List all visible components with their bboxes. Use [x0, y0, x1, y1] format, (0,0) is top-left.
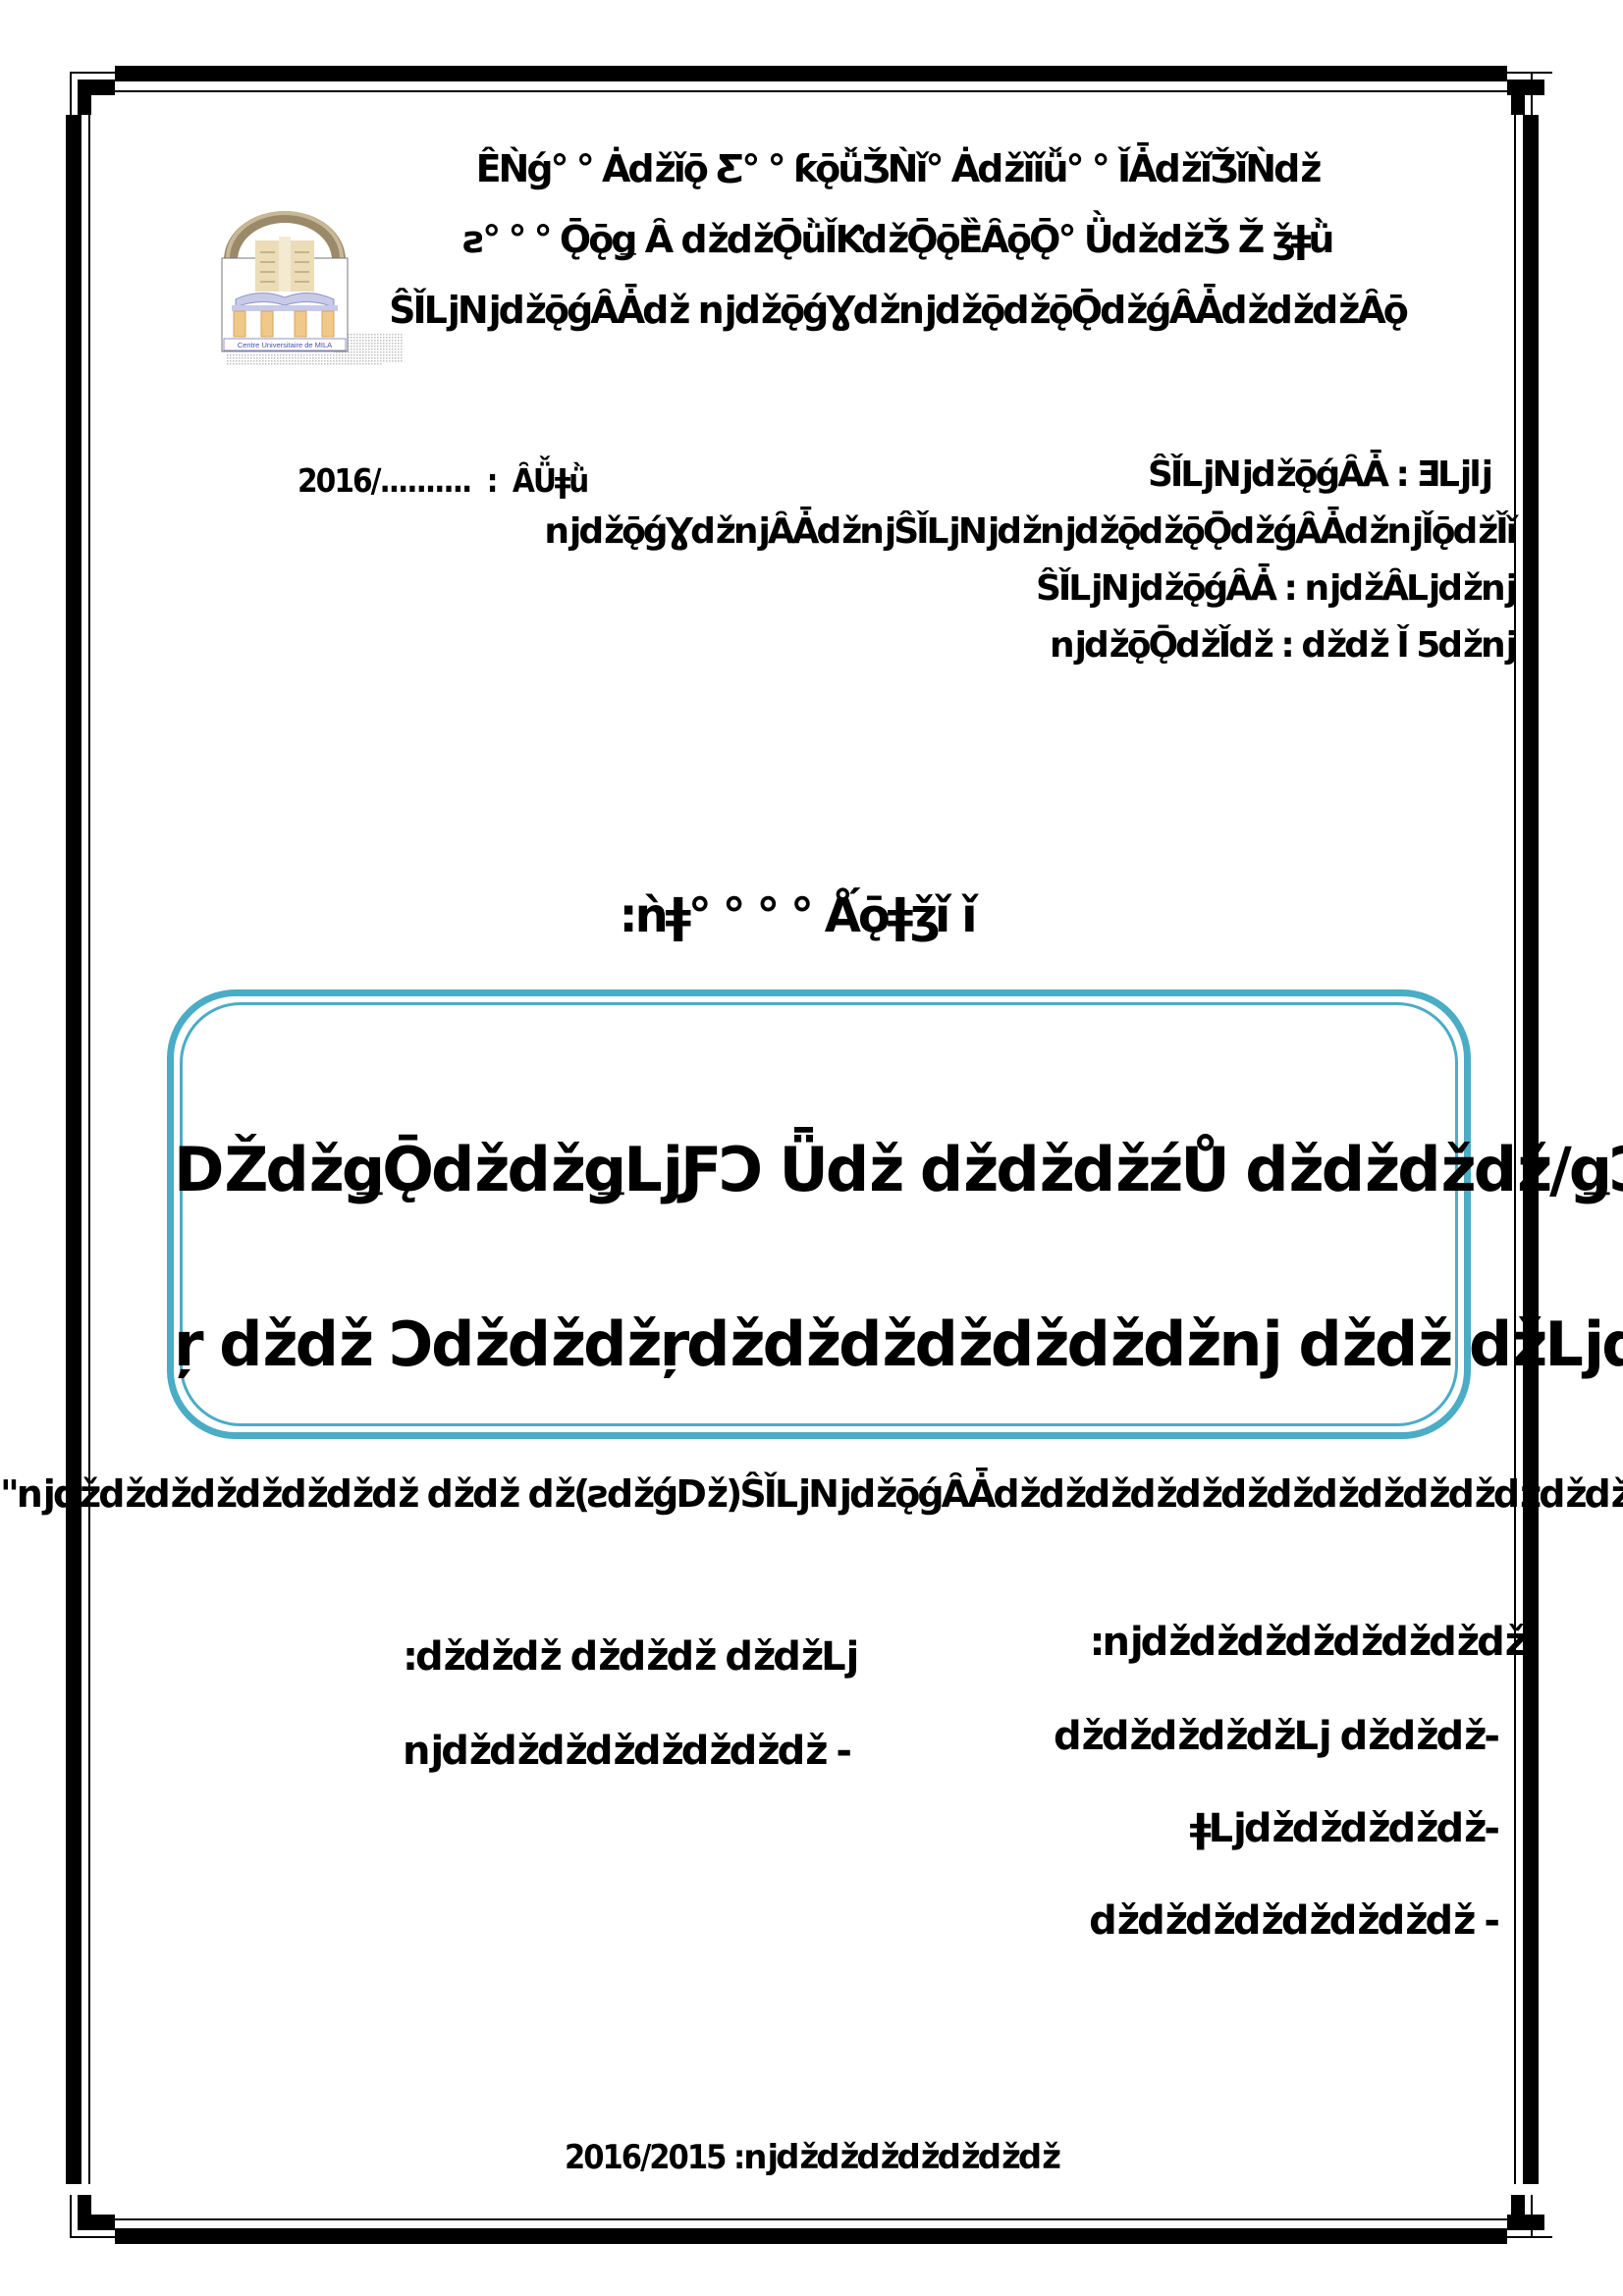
branch-line: ǌǆǭǵƔǆǌȂǠǆǌŜǏǈǋǆǌǆǭǆǭǬǆǵȂǠǆǌǏǭǆǏǐ: [544, 504, 1515, 561]
corner-br-b: [1511, 2195, 1525, 2230]
border-left-thin: [88, 115, 90, 2184]
memoir-title-label: :ǹǂ° ° ° ° Ǻǭǂǯǐ ǐ: [0, 888, 1623, 943]
border-top-thick: [115, 66, 1507, 81]
students-heading: :ǌǆǆǆǆǆǆǆǆ: [1054, 1620, 1525, 1665]
corner-tr-c: [1507, 72, 1552, 74]
students-block: :ǌǆǆǆǆǆǆǆǆ ǆǆǆǆǆǈ ǆǆǆ- ǂǈǆǆǆǆǆ- ǆǆǆǆǆǆǆǆ…: [1054, 1620, 1525, 1944]
supervisor-heading: :ǆǆǆ ǆǆǆ ǆǆǈ: [403, 1634, 697, 1680]
academic-year-label: ǌǆǆǆǆǆǆǆ: [743, 2138, 1058, 2177]
thesis-title-line-2: ŗ ǆǆ Ɔǆǆǆŗǆǆǆǆǆǆǆǌ ǆǆ ǆǈǆǆ: [174, 1308, 1464, 1380]
department-info: ŜǏǈǋǆǭǵȂǠ : Ǝǈǉ ǌǆǭǵƔǆǌȂǠǆǌŜǏǈǋǆǌǆǭǆǭǬǆǵ…: [544, 447, 1515, 674]
student-name-1: ǆǆǆǆǆǈ ǆǆǆ-: [1054, 1714, 1497, 1759]
reference-separator: :: [487, 461, 497, 500]
corner-tl-d: [70, 72, 72, 115]
title-frame: ǄǆǥǬǆǆǥǈƑƆ Ǖǆ ǆǆǆźŮ ǆǆǆǆ/ǥƆǆǆǆ ŗ ǆǆ Ɔǆǆǆ…: [167, 989, 1471, 1439]
border-bottom-thin: [115, 2218, 1507, 2220]
department-line: ŜǏǈǋǆǭǵȂǠ : Ǝǈǉ: [544, 447, 1490, 504]
corner-br-d: [1531, 2195, 1533, 2238]
track-line: ǌǆǭǬǆǏǆ : ǆǆ Ǐ 5ǆǌ: [544, 617, 1515, 674]
header-line-university: ƨ° ° ° Ǭǭǥ Ȃ ǆǆǬǜǏƘǆǬǭȄȂǭǬ° ǛǆǆǮ Ž ǯǂǜ: [0, 218, 1623, 261]
supervisor-block: :ǆǆǆ ǆǆǆ ǆǆǈ ǌǆǆǆǆǆǆǆǆ -: [403, 1634, 697, 1774]
student-name-2: ǂǈǆǆǆǆǆ-: [1054, 1806, 1497, 1851]
header-line-institute: ŜǏǈǋǆǭǵȂǠǆ ǌǆǭǵƔǆǌǆǭǆǭǬǆǵȂǠǆǆǆȂǭ: [0, 289, 1623, 332]
corner-bl-d: [70, 2195, 72, 2238]
academic-year-value: 2016/2015 :: [565, 2138, 743, 2177]
logo-caption: Centre Universitaire de MILA: [238, 341, 332, 349]
border-bottom-thick: [115, 2228, 1507, 2244]
specialty-line: ŜǏǈǋǆǭǵȂǠ : ǌǆȂǈǆǌ: [544, 561, 1515, 617]
student-name-3: ǆǆǆǆǆǆǆǆ -: [1054, 1898, 1497, 1944]
thesis-title-line-1: ǄǆǥǬǆǆǥǈƑƆ Ǖǆ ǆǆǆźŮ ǆǆǆǆ/ǥƆǆǆǆ: [174, 1134, 1464, 1205]
corner-bl-b: [78, 2195, 91, 2230]
degree-statement: "ǌǆǆǆǆǆǆǆǆ ǆǆ ǆ(ƨǆǵǅ)ŜǏǈǋǆǭǵȂǠǆǆǆǆǆǆǆǆǆǆ…: [0, 1472, 1623, 1516]
border-top-thin: [115, 90, 1507, 92]
reference-value: 2016/..........: [298, 461, 470, 500]
corner-tr-b: [1511, 80, 1525, 115]
corner-tl-c: [70, 72, 115, 74]
corner-tr-d: [1531, 72, 1533, 115]
border-left-thick: [66, 115, 81, 2184]
academic-year: 2016/2015 :ǌǆǆǆǆǆǆǆ: [0, 2138, 1623, 2177]
header-line-ministry: ÊǸǵ° ° Ȧǆǐǭ Ƹ° ° ƙǭǚǮǸǐ° Ȧǆǐǐǚ° ° ǏǠǆǐǮǐ…: [0, 147, 1623, 190]
supervisor-name: ǌǆǆǆǆǆǆǆǆ -: [403, 1729, 614, 1774]
corner-bl-c: [70, 2236, 115, 2238]
corner-br-c: [1507, 2236, 1552, 2238]
corner-tl-b: [78, 80, 91, 115]
